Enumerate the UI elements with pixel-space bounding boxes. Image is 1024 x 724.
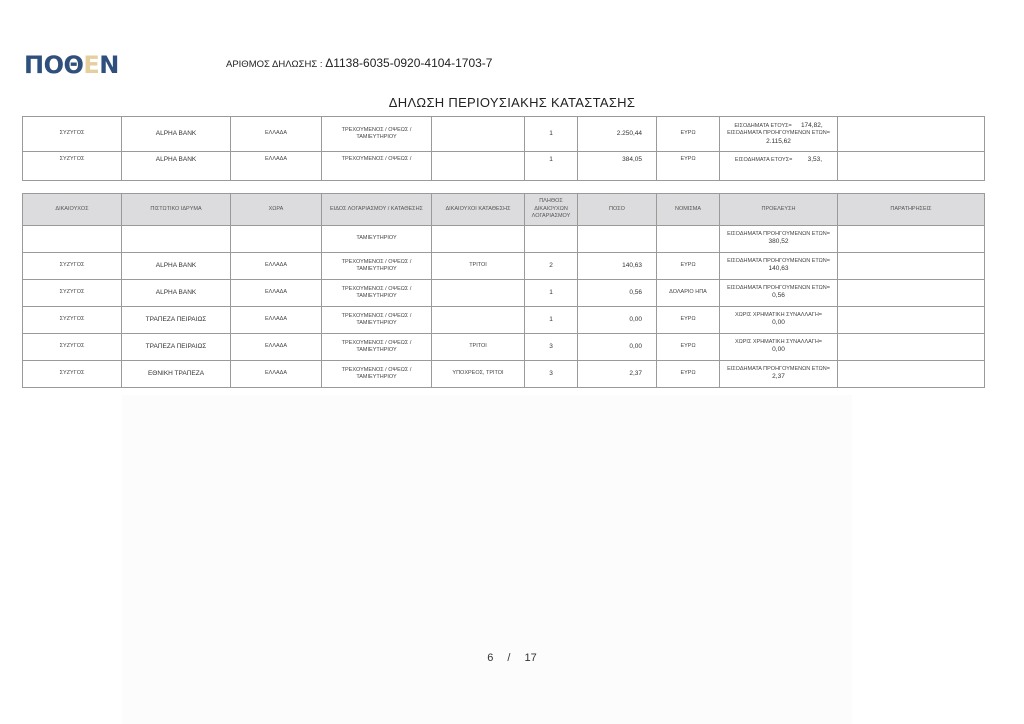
cell-amount: 0,00 [578, 334, 657, 361]
cell-amount [578, 226, 657, 253]
cell-origin: ΧΩΡΙΣ ΧΡΗΜΑΤΙΚΗ ΣΥΝΑΛΛΑΓΗ=0,00 [720, 307, 838, 334]
cell-co-holders: ΥΠΟΧΡΕΟΣ, ΤΡΙΤΟΙ [432, 361, 525, 388]
table-row: ΣΥΖΥΓΟΣΤΡΑΠΕΖΑ ΠΕΙΡΑΙΩΣΕΛΛΑΔΑΤΡΕΧΟΥΜΕΝΟΣ… [23, 307, 985, 334]
cell-amount: 2,37 [578, 361, 657, 388]
cell-country: ΕΛΛΑΔΑ [231, 152, 322, 181]
page-indicator: 6/17 [0, 652, 1024, 664]
cell-holders-count: 1 [525, 280, 578, 307]
cell-institution: ΤΡΑΠΕΖΑ ΠΕΙΡΑΙΩΣ [122, 334, 231, 361]
cell-origin: ΕΙΣΟΔΗΜΑΤΑ ΠΡΟΗΓΟΥΜΕΝΩΝ ΕΤΩΝ=380,52 [720, 226, 838, 253]
cell-co-holders [432, 307, 525, 334]
table-row: ΣΥΖΥΓΟΣALPHA BANKΕΛΛΑΔΑΤΡΕΧΟΥΜΕΝΟΣ / ΟΨΕ… [23, 280, 985, 307]
cell-country: ΕΛΛΑΔΑ [231, 253, 322, 280]
cell-currency [657, 226, 720, 253]
cell-amount: 2.250,44 [578, 117, 657, 152]
header-country: ΧΩΡΑ [231, 194, 322, 226]
cell-holders-count: 1 [525, 117, 578, 152]
cell-institution: ALPHA BANK [122, 253, 231, 280]
cell-account-type: ΤΡΕΧΟΥΜΕΝΟΣ / ΟΨΕΩΣ / ΤΑΜΙΕΥΤΗΡΙΟΥ [322, 117, 432, 152]
cell-holders-count: 1 [525, 307, 578, 334]
cell-holder: ΣΥΖΥΓΟΣ [23, 117, 122, 152]
cell-country: ΕΛΛΑΔΑ [231, 361, 322, 388]
header-notes: ΠΑΡΑΤΗΡΗΣΕΙΣ [838, 194, 985, 226]
pothen-logo: ΠΟΘΕΝ [24, 51, 119, 79]
cell-co-holders: ΤΡΙΤΟΙ [432, 334, 525, 361]
header-holders-count: ΠΛΗΘΟΣ ΔΙΚΑΙΟΥΧΩΝ ΛΟΓΑΡΙΑΣΜΟΥ [525, 194, 578, 226]
header-holder: ΔΙΚΑΙΟΥΧΟΣ [23, 194, 122, 226]
page-background-band [122, 395, 852, 724]
cell-notes [838, 117, 985, 152]
header-co-holders: ΔΙΚΑΙΟΥΧΟΙ ΚΑΤΑΘΕΣΗΣ [432, 194, 525, 226]
cell-holders-count: 2 [525, 253, 578, 280]
cell-holder: ΣΥΖΥΓΟΣ [23, 334, 122, 361]
deposits-table: ΔΙΚΑΙΟΥΧΟΣ ΠΙΣΤΩΤΙΚΟ ΙΔΡΥΜΑ ΧΩΡΑ ΕΙΔΟΣ Λ… [22, 193, 985, 388]
cell-currency: ΕΥΡΩ [657, 152, 720, 181]
table-header-row: ΔΙΚΑΙΟΥΧΟΣ ΠΙΣΤΩΤΙΚΟ ΙΔΡΥΜΑ ΧΩΡΑ ΕΙΔΟΣ Λ… [23, 194, 985, 226]
cell-institution: ALPHA BANK [122, 280, 231, 307]
cell-holder: ΣΥΖΥΓΟΣ [23, 361, 122, 388]
table-row: ΣΥΖΥΓΟΣ ALPHA BANK ΕΛΛΑΔΑ ΤΡΕΧΟΥΜΕΝΟΣ / … [23, 152, 985, 181]
header-account-type: ΕΙΔΟΣ ΛΟΓΑΡΙΑΣΜΟΥ / ΚΑΤΑΘΕΣΗΣ [322, 194, 432, 226]
cell-amount: 0,56 [578, 280, 657, 307]
cell-account-type: ΤΡΕΧΟΥΜΕΝΟΣ / ΟΨΕΩΣ / [322, 152, 432, 181]
cell-country [231, 226, 322, 253]
cell-holders-count: 1 [525, 152, 578, 181]
cell-amount: 140,63 [578, 253, 657, 280]
cell-holders-count: 3 [525, 334, 578, 361]
cell-origin: ΕΙΣΟΔΗΜΑΤΑ ΕΤΟΥΣ= 3,53, [720, 152, 838, 181]
cell-country: ΕΛΛΑΔΑ [231, 307, 322, 334]
cell-holder: ΣΥΖΥΓΟΣ [23, 152, 122, 181]
table-row: ΣΥΖΥΓΟΣ ALPHA BANK ΕΛΛΑΔΑ ΤΡΕΧΟΥΜΕΝΟΣ / … [23, 117, 985, 152]
cell-amount: 0,00 [578, 307, 657, 334]
table-row: ΤΑΜΙΕΥΤΗΡΙΟΥΕΙΣΟΔΗΜΑΤΑ ΠΡΟΗΓΟΥΜΕΝΩΝ ΕΤΩΝ… [23, 226, 985, 253]
cell-notes [838, 361, 985, 388]
header-institution: ΠΙΣΤΩΤΙΚΟ ΙΔΡΥΜΑ [122, 194, 231, 226]
total-pages: 17 [524, 652, 536, 664]
cell-country: ΕΛΛΑΔΑ [231, 117, 322, 152]
cell-origin: ΕΙΣΟΔΗΜΑΤΑ ΠΡΟΗΓΟΥΜΕΝΩΝ ΕΤΩΝ=140,63 [720, 253, 838, 280]
cell-currency: ΕΥΡΩ [657, 334, 720, 361]
cell-co-holders: ΤΡΙΤΟΙ [432, 253, 525, 280]
deposits-table-continued: ΣΥΖΥΓΟΣ ALPHA BANK ΕΛΛΑΔΑ ΤΡΕΧΟΥΜΕΝΟΣ / … [22, 116, 985, 181]
cell-holder [23, 226, 122, 253]
cell-currency: ΕΥΡΩ [657, 253, 720, 280]
table-row: ΣΥΖΥΓΟΣΤΡΑΠΕΖΑ ΠΕΙΡΑΙΩΣΕΛΛΑΔΑΤΡΕΧΟΥΜΕΝΟΣ… [23, 334, 985, 361]
header-currency: ΝΟΜΙΣΜΑ [657, 194, 720, 226]
page-title: ΔΗΛΩΣΗ ΠΕΡΙΟΥΣΙΑΚΗΣ ΚΑΤΑΣΤΑΣΗΣ [0, 95, 1024, 110]
cell-amount: 384,05 [578, 152, 657, 181]
cell-origin: ΕΙΣΟΔΗΜΑΤΑ ΠΡΟΗΓΟΥΜΕΝΩΝ ΕΤΩΝ=0,56 [720, 280, 838, 307]
declaration-number-label: ΑΡΙΘΜΟΣ ΔΗΛΩΣΗΣ : [226, 59, 323, 70]
cell-notes [838, 226, 985, 253]
cell-co-holders [432, 280, 525, 307]
cell-account-type: ΤΡΕΧΟΥΜΕΝΟΣ / ΟΨΕΩΣ / ΤΑΜΙΕΥΤΗΡΙΟΥ [322, 361, 432, 388]
cell-holder: ΣΥΖΥΓΟΣ [23, 280, 122, 307]
header-origin: ΠΡΟΕΛΕΥΣΗ [720, 194, 838, 226]
cell-currency: ΔΟΛΑΡΙΟ ΗΠΑ [657, 280, 720, 307]
cell-holder: ΣΥΖΥΓΟΣ [23, 307, 122, 334]
cell-account-type: ΤΡΕΧΟΥΜΕΝΟΣ / ΟΨΕΩΣ / ΤΑΜΙΕΥΤΗΡΙΟΥ [322, 280, 432, 307]
cell-notes [838, 307, 985, 334]
cell-currency: ΕΥΡΩ [657, 361, 720, 388]
cell-currency: ΕΥΡΩ [657, 307, 720, 334]
cell-currency: ΕΥΡΩ [657, 117, 720, 152]
table-row: ΣΥΖΥΓΟΣALPHA BANKΕΛΛΑΔΑΤΡΕΧΟΥΜΕΝΟΣ / ΟΨΕ… [23, 253, 985, 280]
declaration-number: ΑΡΙΘΜΟΣ ΔΗΛΩΣΗΣ : Δ1138-6035-0920-4104-1… [226, 56, 492, 70]
page-separator: / [507, 652, 510, 664]
cell-holders-count: 3 [525, 361, 578, 388]
cell-origin: ΧΩΡΙΣ ΧΡΗΜΑΤΙΚΗ ΣΥΝΑΛΛΑΓΗ=0,00 [720, 334, 838, 361]
cell-co-holders [432, 117, 525, 152]
cell-institution: ΕΘΝΙΚΗ ΤΡΑΠΕΖΑ [122, 361, 231, 388]
cell-origin: ΕΙΣΟΔΗΜΑΤΑ ΕΤΟΥΣ= 174,82, ΕΙΣΟΔΗΜΑΤΑ ΠΡΟ… [720, 117, 838, 152]
table-row: ΣΥΖΥΓΟΣΕΘΝΙΚΗ ΤΡΑΠΕΖΑΕΛΛΑΔΑΤΡΕΧΟΥΜΕΝΟΣ /… [23, 361, 985, 388]
cell-institution [122, 226, 231, 253]
cell-origin: ΕΙΣΟΔΗΜΑΤΑ ΠΡΟΗΓΟΥΜΕΝΩΝ ΕΤΩΝ=2,37 [720, 361, 838, 388]
current-page: 6 [487, 652, 493, 664]
cell-notes [838, 334, 985, 361]
cell-account-type: ΤΡΕΧΟΥΜΕΝΟΣ / ΟΨΕΩΣ / ΤΑΜΙΕΥΤΗΡΙΟΥ [322, 253, 432, 280]
cell-notes [838, 152, 985, 181]
cell-institution: ALPHA BANK [122, 117, 231, 152]
cell-holder: ΣΥΖΥΓΟΣ [23, 253, 122, 280]
cell-institution: ΤΡΑΠΕΖΑ ΠΕΙΡΑΙΩΣ [122, 307, 231, 334]
header-amount: ΠΟΣΟ [578, 194, 657, 226]
cell-account-type: ΤΡΕΧΟΥΜΕΝΟΣ / ΟΨΕΩΣ / ΤΑΜΙΕΥΤΗΡΙΟΥ [322, 307, 432, 334]
cell-country: ΕΛΛΑΔΑ [231, 334, 322, 361]
cell-country: ΕΛΛΑΔΑ [231, 280, 322, 307]
cell-institution: ALPHA BANK [122, 152, 231, 181]
declaration-number-value: Δ1138-6035-0920-4104-1703-7 [325, 56, 492, 70]
cell-co-holders [432, 226, 525, 253]
cell-account-type: ΤΡΕΧΟΥΜΕΝΟΣ / ΟΨΕΩΣ / ΤΑΜΙΕΥΤΗΡΙΟΥ [322, 334, 432, 361]
cell-notes [838, 280, 985, 307]
cell-holders-count [525, 226, 578, 253]
cell-co-holders [432, 152, 525, 181]
cell-notes [838, 253, 985, 280]
cell-account-type: ΤΑΜΙΕΥΤΗΡΙΟΥ [322, 226, 432, 253]
